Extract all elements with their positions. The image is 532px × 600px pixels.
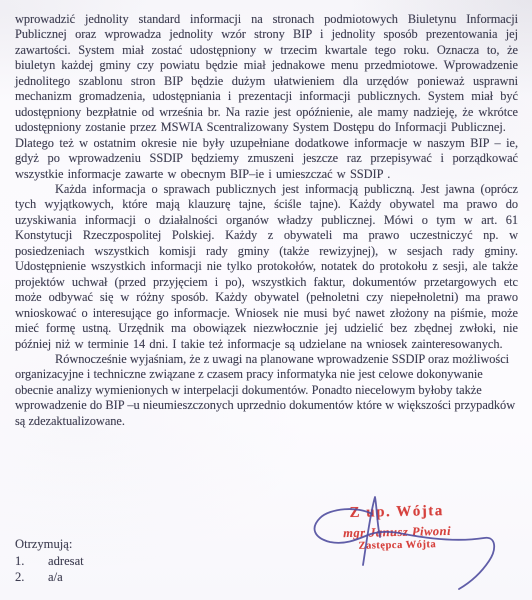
deputy-mayor-stamp: Z up. Wójta mgr Janusz Piwoni Zastępca W… bbox=[322, 502, 473, 552]
distribution-item-2-text: a/a bbox=[48, 569, 63, 586]
distribution-list: Otrzymują: 1. adresat 2. a/a bbox=[15, 536, 84, 586]
stamp-name-line: mgr Janusz Piwoni bbox=[322, 523, 472, 541]
distribution-item-1: 1. adresat bbox=[15, 553, 84, 570]
distribution-item-2-number: 2. bbox=[15, 569, 48, 586]
scanned-letter-page: wprowadzić jednolity standard informacji… bbox=[0, 0, 532, 600]
paragraph-3: Każda informacja o sprawach publicznych … bbox=[15, 182, 518, 352]
distribution-item-1-number: 1. bbox=[15, 553, 48, 570]
letter-body: wprowadzić jednolity standard informacji… bbox=[15, 12, 518, 429]
distribution-label: Otrzymują: bbox=[15, 536, 84, 553]
paragraph-1: wprowadzić jednolity standard informacji… bbox=[15, 12, 518, 136]
distribution-item-1-text: adresat bbox=[48, 553, 84, 570]
paragraph-4: Równocześnie wyjaśniam, że z uwagi na pl… bbox=[15, 352, 518, 429]
paragraph-2: Dlatego też w ostatnim okresie nie były … bbox=[15, 136, 518, 182]
distribution-item-2: 2. a/a bbox=[15, 569, 84, 586]
stamp-authority-line: Z up. Wójta bbox=[322, 502, 472, 522]
